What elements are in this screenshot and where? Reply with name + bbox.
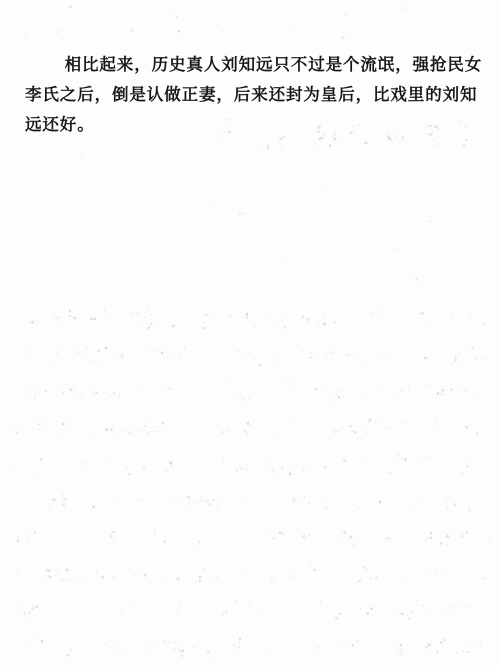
scanned-page: 相比起来，历史真人刘知远只不过是个流氓，强抢民女 李氏之后，倒是认做正妻，后来还… xyxy=(0,0,500,665)
paragraph-line: 相比起来，历史真人刘知远只不过是个流氓，强抢民女 xyxy=(25,50,478,80)
paragraph-line: 李氏之后，倒是认做正妻，后来还封为皇后，比戏里的刘知 xyxy=(25,80,478,110)
paragraph-line: 远还好。 xyxy=(25,110,478,140)
paragraph: 相比起来，历史真人刘知远只不过是个流氓，强抢民女 李氏之后，倒是认做正妻，后来还… xyxy=(25,50,478,140)
